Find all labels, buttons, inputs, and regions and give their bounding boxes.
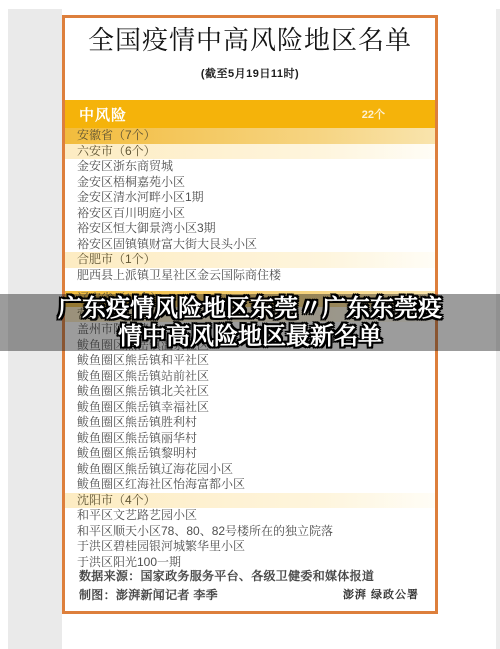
risk-area-row: 和平区文艺路艺园小区 [65,508,435,524]
risk-area-row: 和平区顺天小区78、80、82号楼所在的独立院落 [65,524,435,540]
risk-area-row: 鲅鱼圈区熊岳镇黎明村 [65,446,435,462]
risk-area-row: 金安区梧桐嘉苑小区 [65,175,435,191]
risk-area-row: 鲅鱼圈区熊岳镇站前社区 [65,369,435,385]
page-background: { "page": { "title": "全国疫情中高风险地区名单", "su… [0,0,500,649]
risk-area-row: 鲅鱼圈区熊岳镇丽华村 [65,431,435,447]
risk-level-band: 中风险 22个 [65,100,435,128]
city-header-row: 沈阳市（4个） [65,493,435,509]
overlay-title-line1: 广东疫情风险地区东莞〃广东东莞疫 [58,295,442,323]
overlay-title-line2: 情中高风险地区最新名单 [118,323,382,351]
risk-area-row: 鲅鱼圈区熊岳镇幸福社区 [65,400,435,416]
footer-credit: 制图：澎湃新闻记者 李季 [79,586,374,605]
page-subtitle: (截至5月19日11时) [65,65,435,81]
footer: 数据来源：国家政务服务平台、各级卫健委和媒体报道 制图：澎湃新闻记者 李季 [79,567,374,605]
risk-level-label: 中风险 [79,104,127,125]
province-header-row: 安徽省（7个） [65,128,435,144]
city-header-row: 六安市（6个） [65,144,435,160]
risk-area-row: 肥西县上派镇卫星社区金云国际商住楼 [65,268,435,284]
risk-area-row: 鲅鱼圈区熊岳镇辽海花园小区 [65,462,435,478]
risk-area-row: 鲅鱼圈区红海社区怡海富都小区 [65,477,435,493]
risk-area-row: 于洪区碧桂园银河城繁华里小区 [65,539,435,555]
risk-area-row: 裕安区百川明庭小区 [65,206,435,222]
overlay-title-banner: 广东疫情风险地区东莞〃广东东莞疫 情中高风险地区最新名单 [0,294,500,351]
risk-area-row: 裕安区固镇镇财富大街大艮头小区 [65,237,435,253]
risk-area-row: 裕安区恒大御景湾小区3期 [65,221,435,237]
city-header-row: 合肥市（1个） [65,252,435,268]
risk-area-row: 鲅鱼圈区熊岳镇胜利村 [65,415,435,431]
risk-area-row: 鲅鱼圈区熊岳镇北关社区 [65,384,435,400]
risk-area-row: 金安区清水河畔小区1期 [65,190,435,206]
publisher-logo: 澎湃 绿政公署 [343,586,419,602]
page-title: 全国疫情中高风险地区名单 [65,26,435,56]
footer-source: 数据来源：国家政务服务平台、各级卫健委和媒体报道 [79,567,374,586]
risk-area-row: 金安区浙东商贸城 [65,159,435,175]
section-gap [65,283,435,291]
risk-count-badge: 22个 [362,106,385,122]
risk-area-row: 鲅鱼圈区熊岳镇和平社区 [65,353,435,369]
